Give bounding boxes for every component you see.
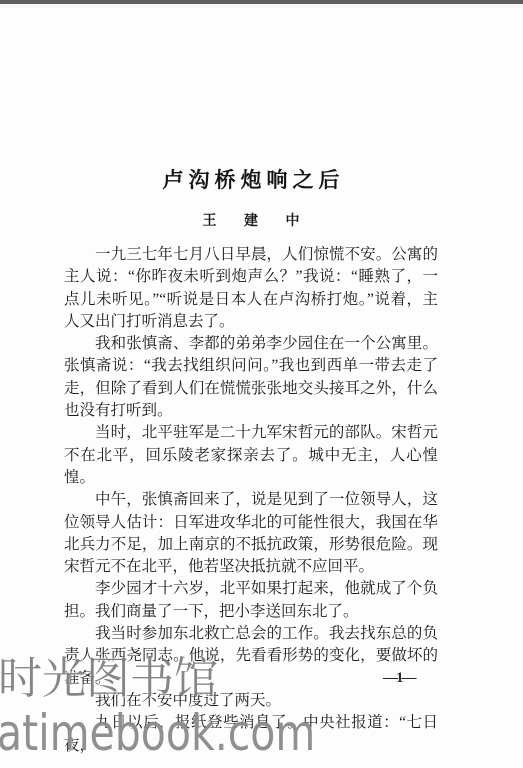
body-paragraph: 当时，北平驻军是二十九军宋哲元的部队。宋哲元不在北平，回乐陵老家探亲去了。城中无… [64, 422, 438, 489]
body-paragraph: 我和张慎斋、李都的弟弟李少园住在一个公寓里。张慎斋说：“我去找组织问问。”我也到… [64, 333, 438, 422]
body-paragraph: 李少园才十六岁，北平如果打起来，他就成了个负担。我们商量了一下，把小李送回东北了… [64, 578, 438, 623]
scanned-book-page: 卢沟桥炮响之后 王 建 中 一九三七年七月八日早晨，人们惊慌不安。公寓的主人说：… [0, 0, 523, 768]
body-paragraph: 中午，张慎斋回来了，说是见到了一位领导人，这位领导人估计：日军进攻华北的可能性很… [64, 489, 438, 578]
watermark-library-name: 时光图书馆 [0, 655, 218, 703]
chapter-title: 卢沟桥炮响之后 [64, 164, 438, 194]
page-number: —1— [383, 670, 415, 687]
scan-edge-bar [0, 0, 523, 8]
author-name: 王 建 中 [64, 210, 438, 230]
body-paragraph: 一九三七年七月八日早晨，人们惊慌不安。公寓的主人说：“你昨夜未听到炮声么？”我说… [64, 244, 438, 333]
watermark-website: atimebook.com [0, 706, 315, 761]
